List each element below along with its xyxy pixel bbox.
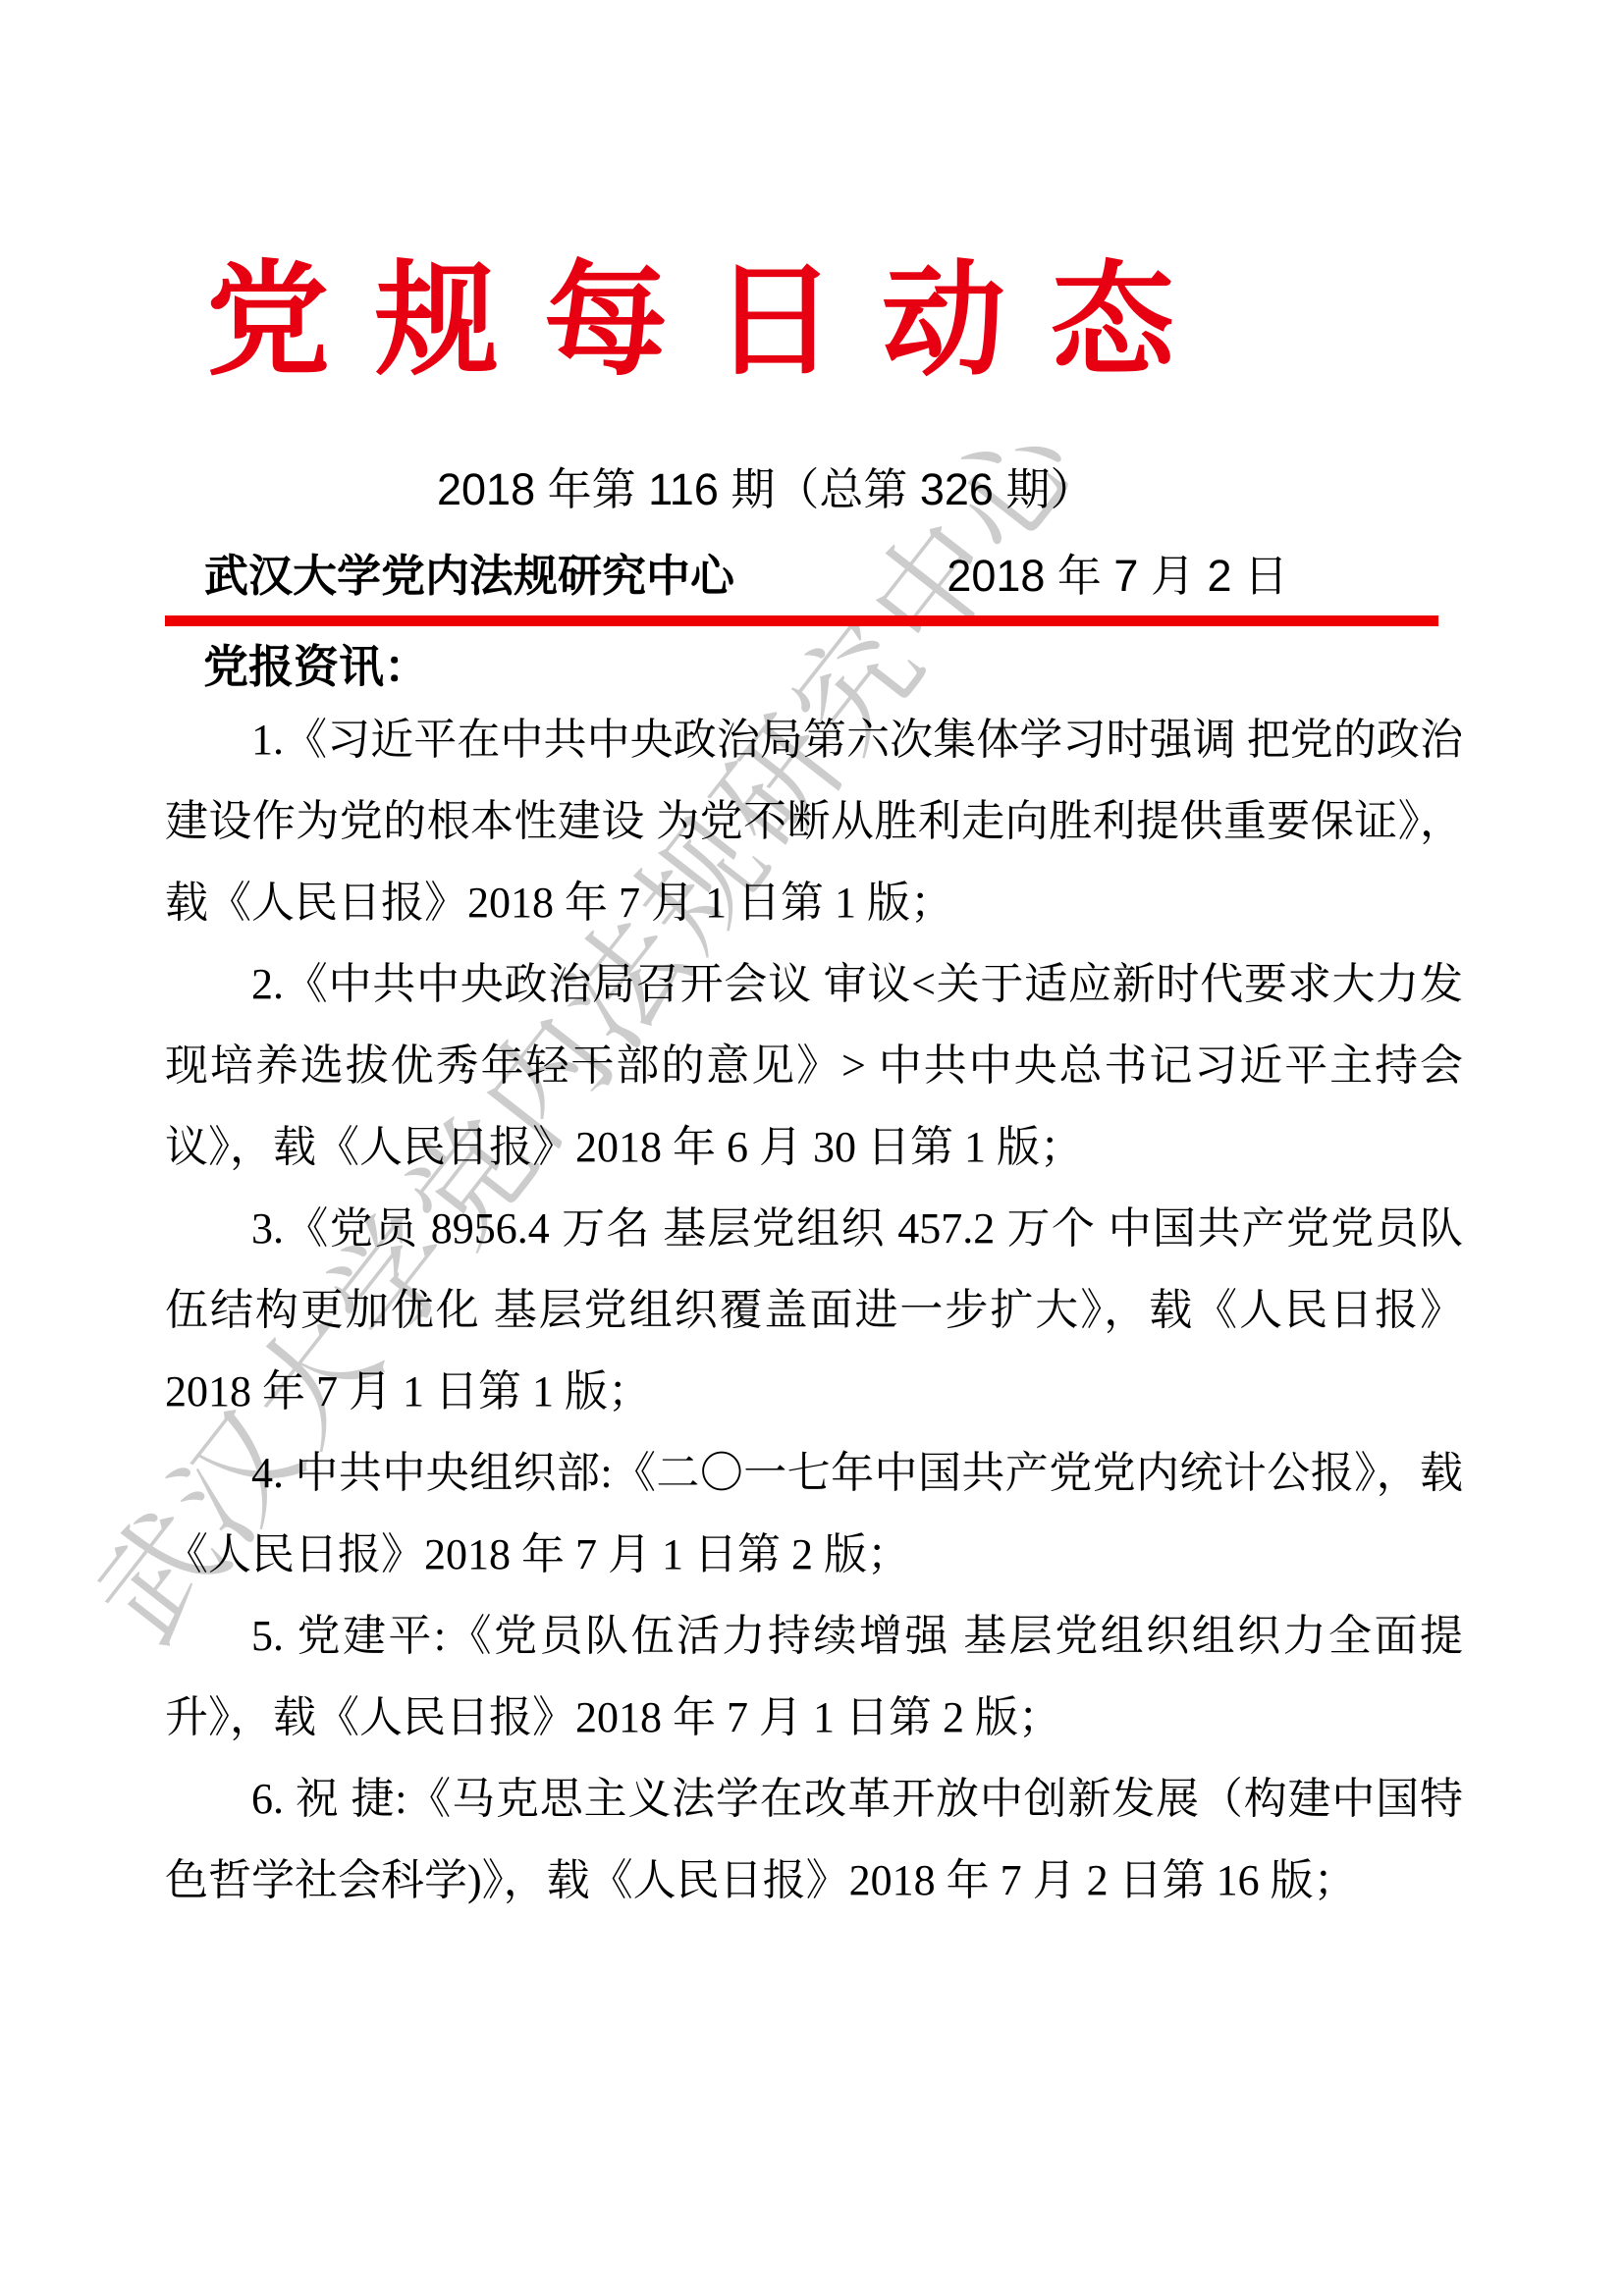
news-item: 6. 祝 捷:《马克思主义法学在改革开放中创新发展（构建中国特色哲学社会科学)》… [165, 1758, 1463, 1921]
publisher-name: 武汉大学党内法规研究中心 [204, 550, 734, 603]
page-content: 党规每日动态 2018 年第 116 期（总第 326 期） 武汉大学党内法规研… [165, 0, 1463, 2296]
news-item: 4. 中共中央组织部:《二〇一七年中国共产党党内统计公报》，载《人民日报》201… [165, 1432, 1463, 1595]
news-item: 3.《党员 8956.4 万名 基层党组织 457.2 万个 中国共产党党员队伍… [165, 1188, 1463, 1432]
issue-number-line: 2018 年第 116 期（总第 326 期） [437, 463, 1094, 516]
publisher-row: 武汉大学党内法规研究中心 2018 年 7 月 2 日 [204, 550, 1463, 603]
news-item-list: 1.《习近平在中共中央政治局第六次集体学习时强调 把党的政治建设作为党的根本性建… [165, 699, 1463, 1921]
section-heading: 党报资讯： [203, 640, 429, 694]
news-item: 2.《中共中央政治局召开会议 审议<关于适应新时代要求大力发现培养选拔优秀年轻干… [165, 943, 1463, 1188]
document-page: 武汉大学党内法规研究中心 党规每日动态 2018 年第 116 期（总第 326… [0, 0, 1624, 2296]
header-divider-rule [165, 615, 1438, 626]
masthead-title: 党规每日动态 [206, 253, 1219, 392]
news-item: 1.《习近平在中共中央政治局第六次集体学习时强调 把党的政治建设作为党的根本性建… [165, 699, 1463, 943]
news-item: 5. 党建平:《党员队伍活力持续增强 基层党组织组织力全面提升》，载《人民日报》… [165, 1595, 1463, 1758]
issue-date: 2018 年 7 月 2 日 [947, 550, 1463, 603]
